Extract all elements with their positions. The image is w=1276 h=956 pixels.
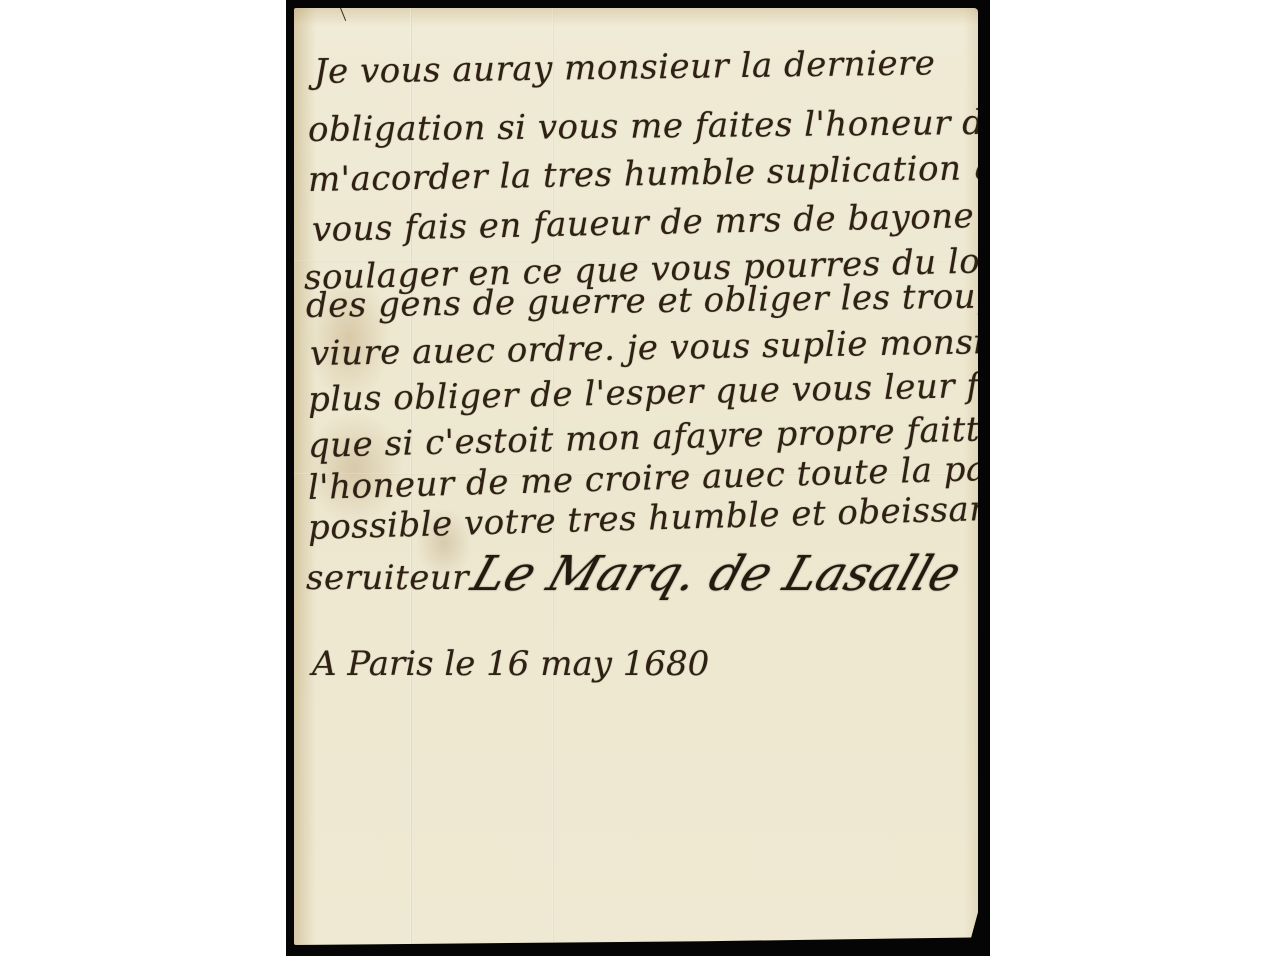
margin-tick-mark bbox=[340, 8, 346, 21]
date-line: A Paris le 16 may 1680 bbox=[312, 644, 709, 684]
letter-line-4: vous fais en faueur de mrs de bayone pou… bbox=[312, 193, 1130, 250]
letter-line-1: Je vous auray monsieur la derniere bbox=[314, 43, 936, 92]
letter-line-3: m'acorder la tres humble suplication que… bbox=[308, 147, 1082, 200]
letter-paper: Je vous auray monsieur la derniere oblig… bbox=[294, 8, 978, 945]
scan-frame: Je vous auray monsieur la derniere oblig… bbox=[286, 0, 990, 956]
letter-line-2: obligation si vous me faites l'honeur de bbox=[308, 103, 1005, 150]
signature: Le Marq. de Lasalle bbox=[465, 546, 968, 602]
letter-line-12: seruiteur bbox=[306, 558, 469, 598]
